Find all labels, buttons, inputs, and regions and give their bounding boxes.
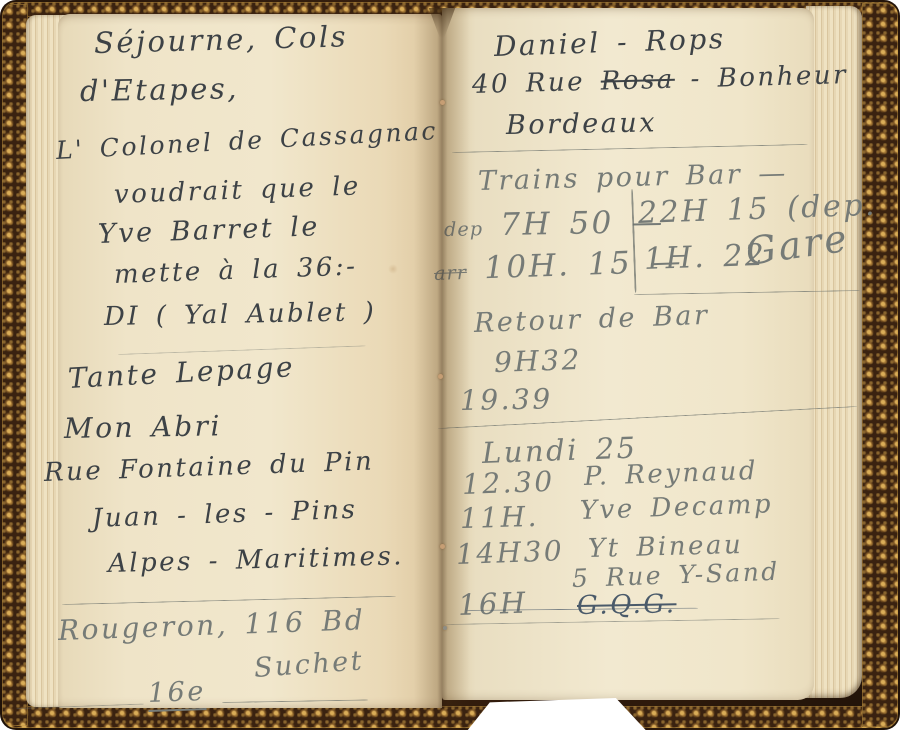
address-struck-word: Rosa — [600, 65, 675, 97]
pencil-rule-line — [222, 699, 368, 703]
page-edge-stack-right — [806, 6, 862, 698]
notebook-photo: Séjourne, Cols d'Etapes, L' Colonel de C… — [0, 0, 900, 734]
foxing-spot — [388, 264, 398, 274]
gold-tooling-border-right — [862, 3, 898, 727]
return-time: 19.39 — [460, 382, 553, 417]
handwritten-line: voudrait que le — [113, 171, 361, 210]
handwritten-line: Tante Lepage — [67, 350, 296, 395]
handwritten-line: Daniel - Rops — [493, 22, 726, 63]
return-title: Retour de Bar — [473, 300, 709, 339]
appointment-time: 11H. — [460, 500, 540, 535]
handwritten-line: Rougeron, 116 Bd — [57, 603, 365, 647]
return-time: 9H32 — [493, 343, 582, 379]
arr-label: arr — [434, 261, 468, 285]
appointment-time: 16H — [457, 586, 528, 622]
address-pre: 40 Rue — [472, 67, 602, 100]
appointment-time: 12.30 — [461, 465, 555, 501]
handwritten-line: Mon Abri — [64, 409, 223, 445]
left-page: Séjourne, Cols d'Etapes, L' Colonel de C… — [58, 14, 442, 708]
gold-tooling-border-bottom — [3, 706, 897, 728]
appointment-entry: Yve Decamp — [579, 489, 773, 526]
handwritten-line: d'Etapes, — [80, 71, 240, 108]
handwritten-line: DI ( Yal Aublet ) — [104, 297, 377, 332]
handwritten-line: Séjourne, Cols — [94, 19, 349, 60]
binding-stitch-hole — [440, 100, 445, 105]
handwritten-line: Alpes - Maritimes. — [108, 541, 405, 579]
binding-stitch-hole — [440, 544, 445, 549]
appointment-entry: P. Reynaud — [583, 456, 758, 492]
right-page: Daniel - Rops 40 Rue Rosa - Bonheur Bord… — [442, 8, 814, 700]
handwritten-line: 40 Rue Rosa - Bonheur — [472, 60, 849, 100]
handwritten-line: mette à la 36:- — [113, 252, 357, 290]
handwritten-line: L' Colonel de Cassagnac — [55, 116, 438, 165]
appointment-entry: G.Q.G. — [577, 589, 677, 621]
binding-stitch-hole — [438, 374, 443, 379]
appointment-time: 14H30 — [455, 534, 564, 571]
handwritten-line: Suchet — [253, 645, 365, 684]
pencil-rule-line — [452, 144, 808, 153]
handwritten-line: Bordeaux — [506, 107, 658, 141]
handwritten-line: Yve Barret le — [97, 211, 320, 250]
dep-label: dep — [444, 217, 483, 241]
pencil-mark — [443, 626, 447, 630]
handwritten-line: Juan - les - Pins — [91, 495, 357, 534]
handwritten-line: 16e — [147, 676, 206, 712]
address-post: - Bonheur — [674, 60, 848, 95]
gold-tooling-border-left — [2, 4, 28, 726]
appointment-entry: 5 Rue Y-Sand — [571, 557, 780, 593]
handwritten-line: Rue Fontaine du Pin — [43, 446, 374, 488]
